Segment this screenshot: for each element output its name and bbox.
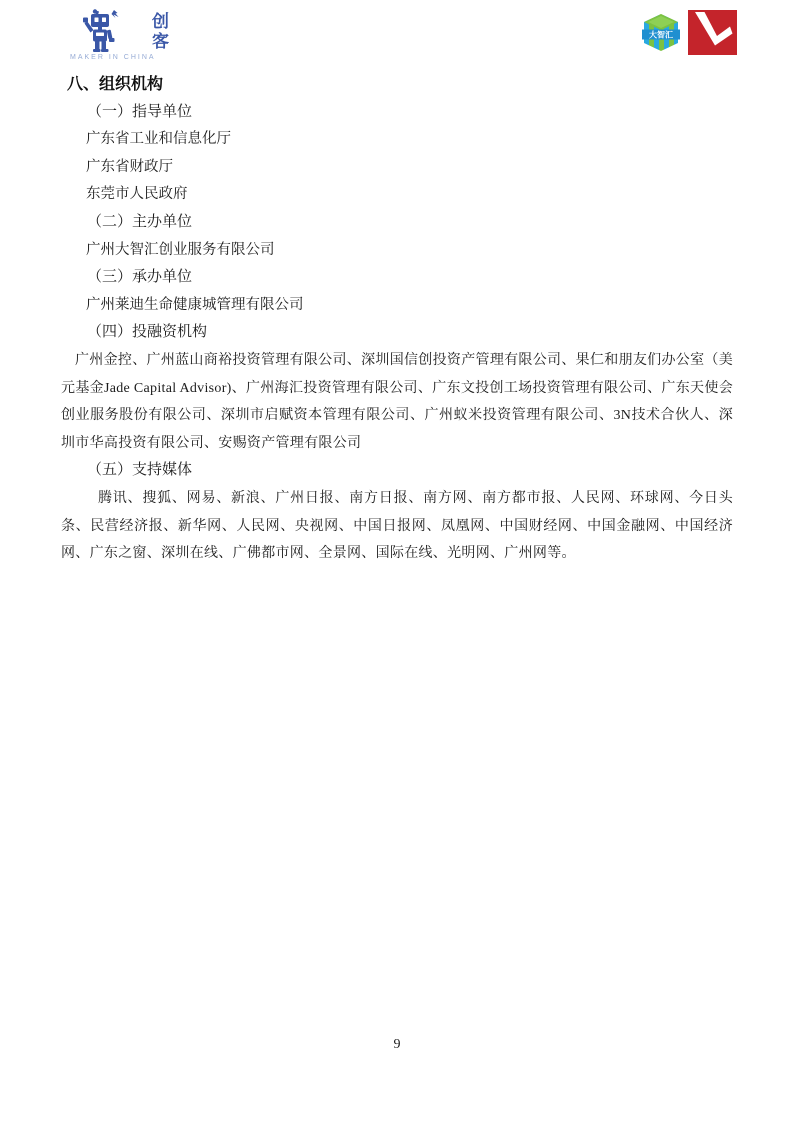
robot-mascot-icon (68, 9, 148, 55)
subsection-title-1: （一）指导单位 (87, 99, 733, 127)
section-investment-institutions: （四）投融资机构 广州金控、广州蓝山商裕投资管理有限公司、深圳国信创投资产管理有… (61, 319, 733, 457)
laidi-l-logo (688, 10, 737, 55)
subsection-title-2: （二）主办单位 (87, 209, 733, 237)
dazhihui-cube-logo: 大智汇 (641, 13, 681, 52)
section-heading: 八、组织机构 (67, 71, 733, 99)
section-host-unit: （二）主办单位 广州大智汇创业服务有限公司 (61, 209, 733, 264)
org-item: 广东省财政厅 (86, 154, 733, 182)
maker-logo-subtitle: MAKER IN CHINA (70, 54, 188, 61)
section-organizer-unit: （三）承办单位 广州莱迪生命健康城管理有限公司 (61, 264, 733, 319)
document-body: 八、组织机构 （一）指导单位 广东省工业和信息化厅 广东省财政厅 东莞市人民政府… (61, 71, 733, 568)
org-item: 广州大智汇创业服务有限公司 (86, 237, 733, 265)
org-item: 广东省工业和信息化厅 (86, 126, 733, 154)
document-page: 创 客 MAKER IN CHINA 大智汇 八、组 (0, 0, 794, 1123)
subsection-title-3: （三）承办单位 (87, 264, 733, 292)
cube-logo-label: 大智汇 (649, 30, 673, 40)
maker-logo-wordmark: 创 客 (152, 13, 169, 51)
maker-char-ke: 客 (152, 33, 169, 51)
org-item: 广州莱迪生命健康城管理有限公司 (86, 292, 733, 320)
investment-institutions-paragraph: 广州金控、广州蓝山商裕投资管理有限公司、深圳国信创投资产管理有限公司、果仁和朋友… (61, 347, 733, 457)
section-supporting-media: （五）支持媒体 腾讯、搜狐、网易、新浪、广州日报、南方日报、南方网、南方都市报、… (61, 457, 733, 567)
page-number: 9 (0, 1037, 794, 1053)
org-item: 东莞市人民政府 (86, 181, 733, 209)
subsection-title-4: （四）投融资机构 (87, 319, 733, 347)
section-guidance-units: （一）指导单位 广东省工业和信息化厅 广东省财政厅 东莞市人民政府 (61, 99, 733, 209)
supporting-media-paragraph: 腾讯、搜狐、网易、新浪、广州日报、南方日报、南方网、南方都市报、人民网、环球网、… (61, 485, 733, 568)
maker-char-chuang: 创 (152, 13, 169, 31)
maker-in-china-logo: 创 客 MAKER IN CHINA (68, 9, 188, 64)
subsection-title-5: （五）支持媒体 (87, 457, 733, 485)
